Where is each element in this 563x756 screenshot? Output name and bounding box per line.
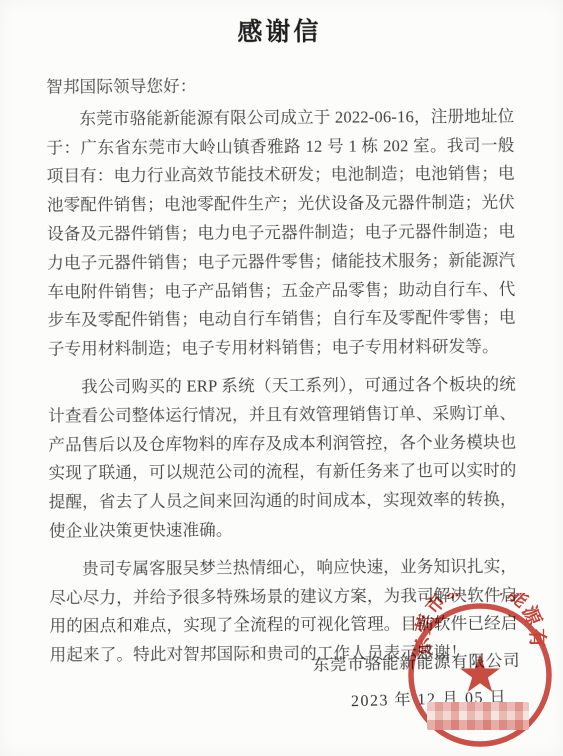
letter-paragraph: 我公司购买的 ERP 系统（天工系列），可通过各个板块的统计查看公司整体运行情况… [48,371,517,547]
letter-content: 智邦国际领导您好： 东莞市骆能新能源有限公司成立于 2022-06-16，注册地… [46,71,518,671]
letter-paragraph: 东莞市骆能新能源有限公司成立于 2022-06-16，注册地址位于：广东省东莞市… [46,102,516,364]
scanned-letter-page: 感谢信 智邦国际领导您好： 东莞市骆能新能源有限公司成立于 2022-06-16… [0,0,563,756]
seal-arc-text-group: 东莞市骆能新能源有限公司 [398,593,549,658]
seal-star-icon [460,654,500,692]
seal-ring-text: 东莞市骆能新能源有限公司 [398,593,549,658]
letter-salutation: 智邦国际领导您好： [46,71,514,103]
company-seal: 东莞市骆能新能源有限公司 [398,593,562,756]
seal-redaction-mosaic [427,702,529,730]
company-seal-graphic: 东莞市骆能新能源有限公司 [398,593,562,756]
letter-title: 感谢信 [0,10,561,49]
